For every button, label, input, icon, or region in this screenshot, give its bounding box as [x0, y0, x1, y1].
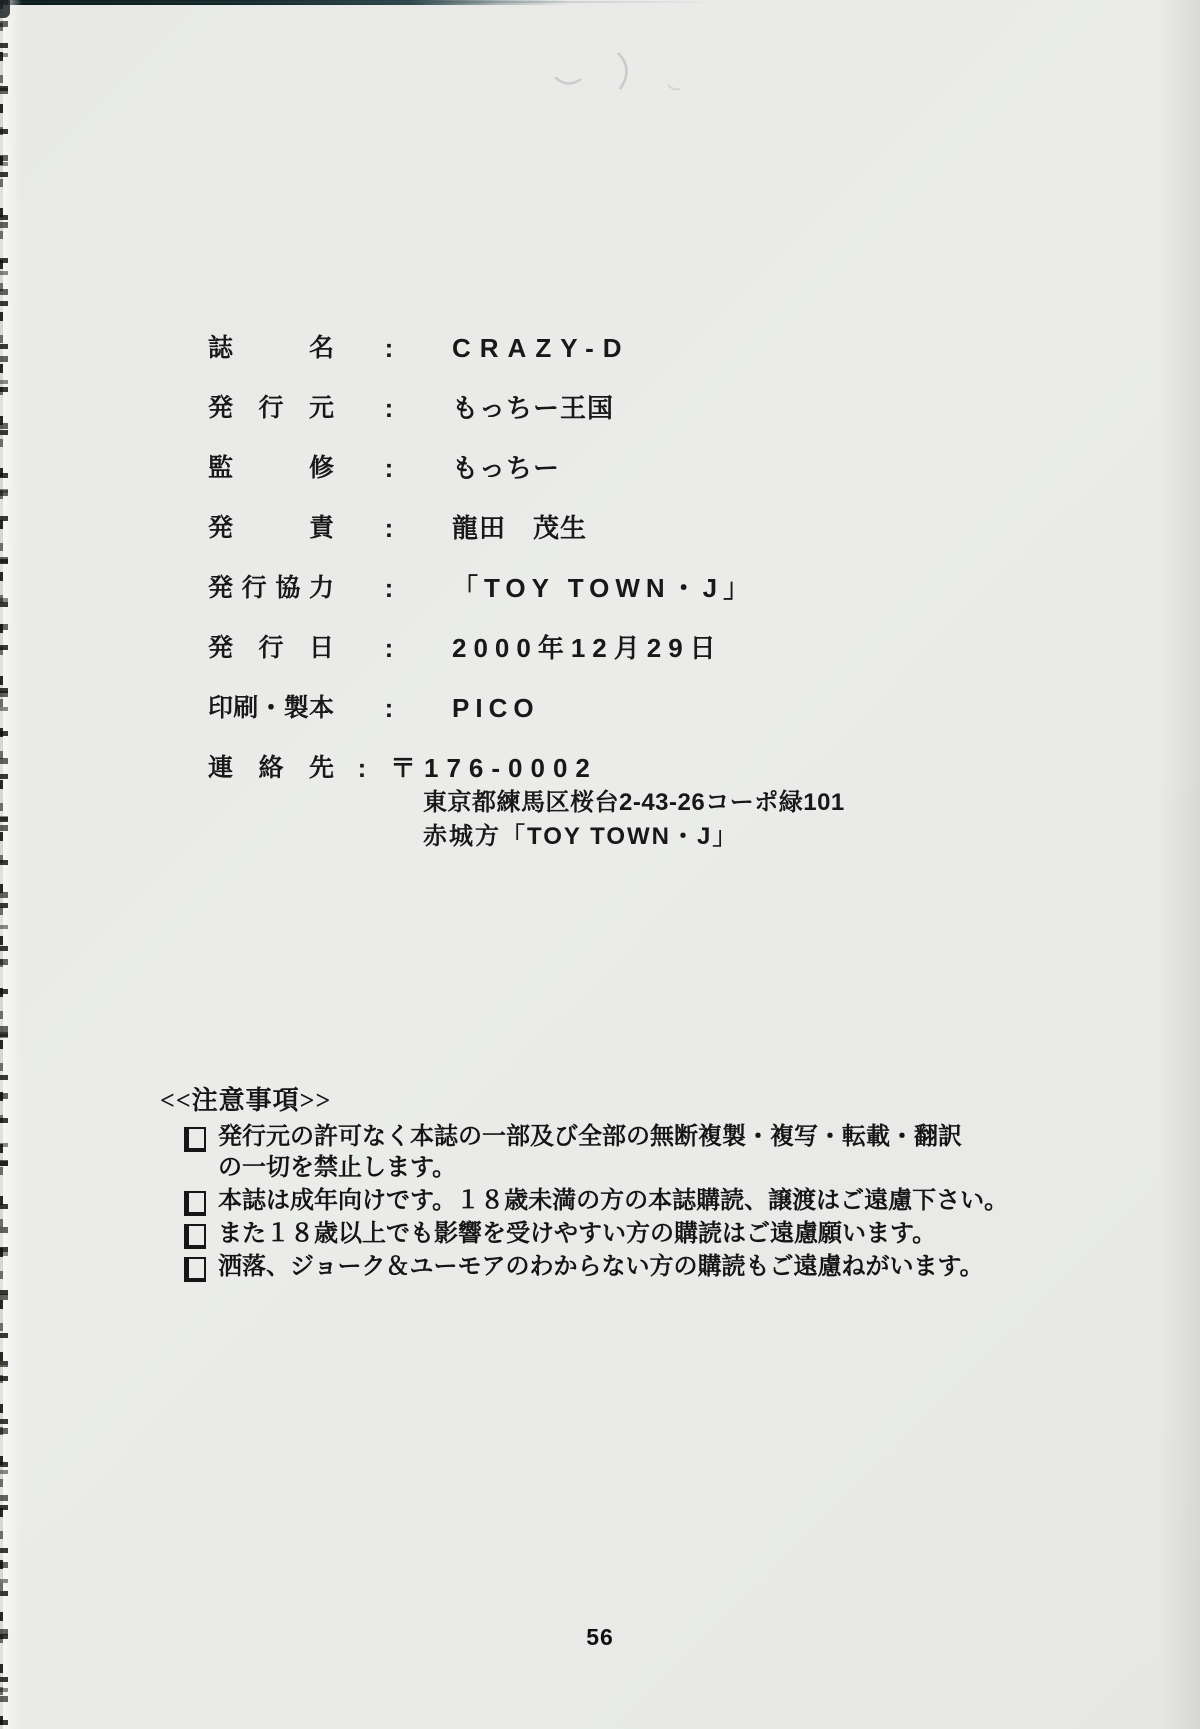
colophon-label: 印刷・製本	[208, 692, 334, 724]
top-left-corner-blot	[0, 0, 10, 18]
notice-item-impressionable: また１８歳以上でも影響を受けやすい方の購読はご遠慮願います。	[160, 1219, 1020, 1250]
colophon-row-printing: 印刷・製本 : PICO	[208, 692, 845, 752]
colophon-value-publish-date: 2000年12月29日	[444, 632, 723, 664]
notice-item-no-reproduction: 発行元の許可なく本誌の一部及び全部の無断複製・複写・転載・翻訳 の一切を禁止しま…	[160, 1122, 1020, 1184]
colon-separator: :	[334, 692, 444, 724]
colophon-value-title: CRAZY-D	[444, 332, 631, 364]
colophon-value-responsible: 龍田 茂生	[444, 512, 587, 544]
colophon-label: 発行協力	[208, 572, 334, 604]
scanned-doujinshi-colophon-page: 誌名 : CRAZY-D 発行元 : もっちー王国 監修 : もっちー 発責 :…	[0, 0, 1200, 1729]
notice-item-adults-only: 本誌は成年向けです。１８歳未満の方の本誌購読、譲渡はご遠慮下さい。	[160, 1186, 1020, 1217]
notice-line: 洒落、ジョーク＆ユーモアのわからない方の購読もご遠慮ねがいます。	[218, 1252, 984, 1283]
colophon-row-contact: 連絡先 : 〒176-0002	[208, 752, 845, 786]
scan-top-edge-thin-line	[0, 1, 720, 3]
colon-separator: :	[334, 572, 444, 604]
checkbox-icon	[184, 1224, 206, 1249]
colophon-value-publisher: もっちー王国	[444, 392, 614, 424]
colon-separator: :	[334, 392, 444, 424]
colon-separator: :	[334, 332, 444, 364]
colon-separator: :	[334, 512, 444, 544]
colophon-row-publish-date: 発行日 : 2000年12月29日	[208, 632, 845, 692]
notice-list: 発行元の許可なく本誌の一部及び全部の無断複製・複写・転載・翻訳 の一切を禁止しま…	[160, 1122, 1020, 1283]
notice-item-humor: 洒落、ジョーク＆ユーモアのわからない方の購読もご遠慮ねがいます。	[160, 1252, 1020, 1283]
colophon-label: 発責	[208, 512, 334, 544]
left-edge-dark-line	[0, 0, 3, 1729]
notices-block: <<注意事項>> 発行元の許可なく本誌の一部及び全部の無断複製・複写・転載・翻訳…	[160, 1086, 1020, 1285]
notice-line: 本誌は成年向けです。１８歳未満の方の本誌購読、譲渡はご遠慮下さい。	[218, 1186, 1008, 1217]
notice-line: 発行元の許可なく本誌の一部及び全部の無断複製・複写・転載・翻訳	[218, 1122, 962, 1153]
colophon-block: 誌名 : CRAZY-D 発行元 : もっちー王国 監修 : もっちー 発責 :…	[208, 332, 845, 854]
colophon-label: 連絡先	[208, 752, 334, 784]
colophon-label: 発行日	[208, 632, 334, 664]
colon-separator: :	[334, 632, 444, 664]
notice-line: の一切を禁止します。	[218, 1153, 962, 1184]
notices-title: <<注意事項>>	[160, 1086, 1020, 1116]
colophon-label: 発行元	[208, 392, 334, 424]
colophon-value-supervisor: もっちー	[444, 452, 560, 484]
colophon-row-title: 誌名 : CRAZY-D	[208, 332, 845, 392]
faint-pencil-squiggle	[500, 35, 720, 115]
page-number: 56	[0, 1624, 1200, 1651]
contact-postal-code: 〒176-0002	[390, 752, 598, 784]
colon-separator: :	[334, 452, 444, 484]
colophon-row-cooperation: 発行協力 : 「TOY TOWN・J」	[208, 572, 845, 632]
checkbox-icon	[184, 1127, 206, 1152]
colophon-label: 誌名	[208, 332, 334, 364]
colophon-contact-block: 連絡先 : 〒176-0002 東京都練馬区桜台2-43-26コーポ緑101 赤…	[208, 752, 845, 854]
scan-right-edge-shading	[0, 0, 1200, 1729]
colophon-value-printing: PICO	[444, 692, 540, 724]
colophon-label: 監修	[208, 452, 334, 484]
colon-separator: :	[334, 752, 390, 784]
notice-line: また１８歳以上でも影響を受けやすい方の購読はご遠慮願います。	[218, 1219, 936, 1250]
notice-text: 発行元の許可なく本誌の一部及び全部の無断複製・複写・転載・翻訳 の一切を禁止しま…	[218, 1122, 962, 1184]
colophon-row-publisher: 発行元 : もっちー王国	[208, 392, 845, 452]
checkbox-icon	[184, 1257, 206, 1282]
contact-address-line-2: 赤城方「TOY TOWN・J」	[423, 820, 845, 854]
colophon-row-supervisor: 監修 : もっちー	[208, 452, 845, 512]
checkbox-icon	[184, 1191, 206, 1216]
contact-address-line-1: 東京都練馬区桜台2-43-26コーポ緑101	[423, 786, 845, 820]
colophon-row-responsible: 発責 : 龍田 茂生	[208, 512, 845, 572]
colophon-value-cooperation: 「TOY TOWN・J」	[444, 572, 755, 604]
